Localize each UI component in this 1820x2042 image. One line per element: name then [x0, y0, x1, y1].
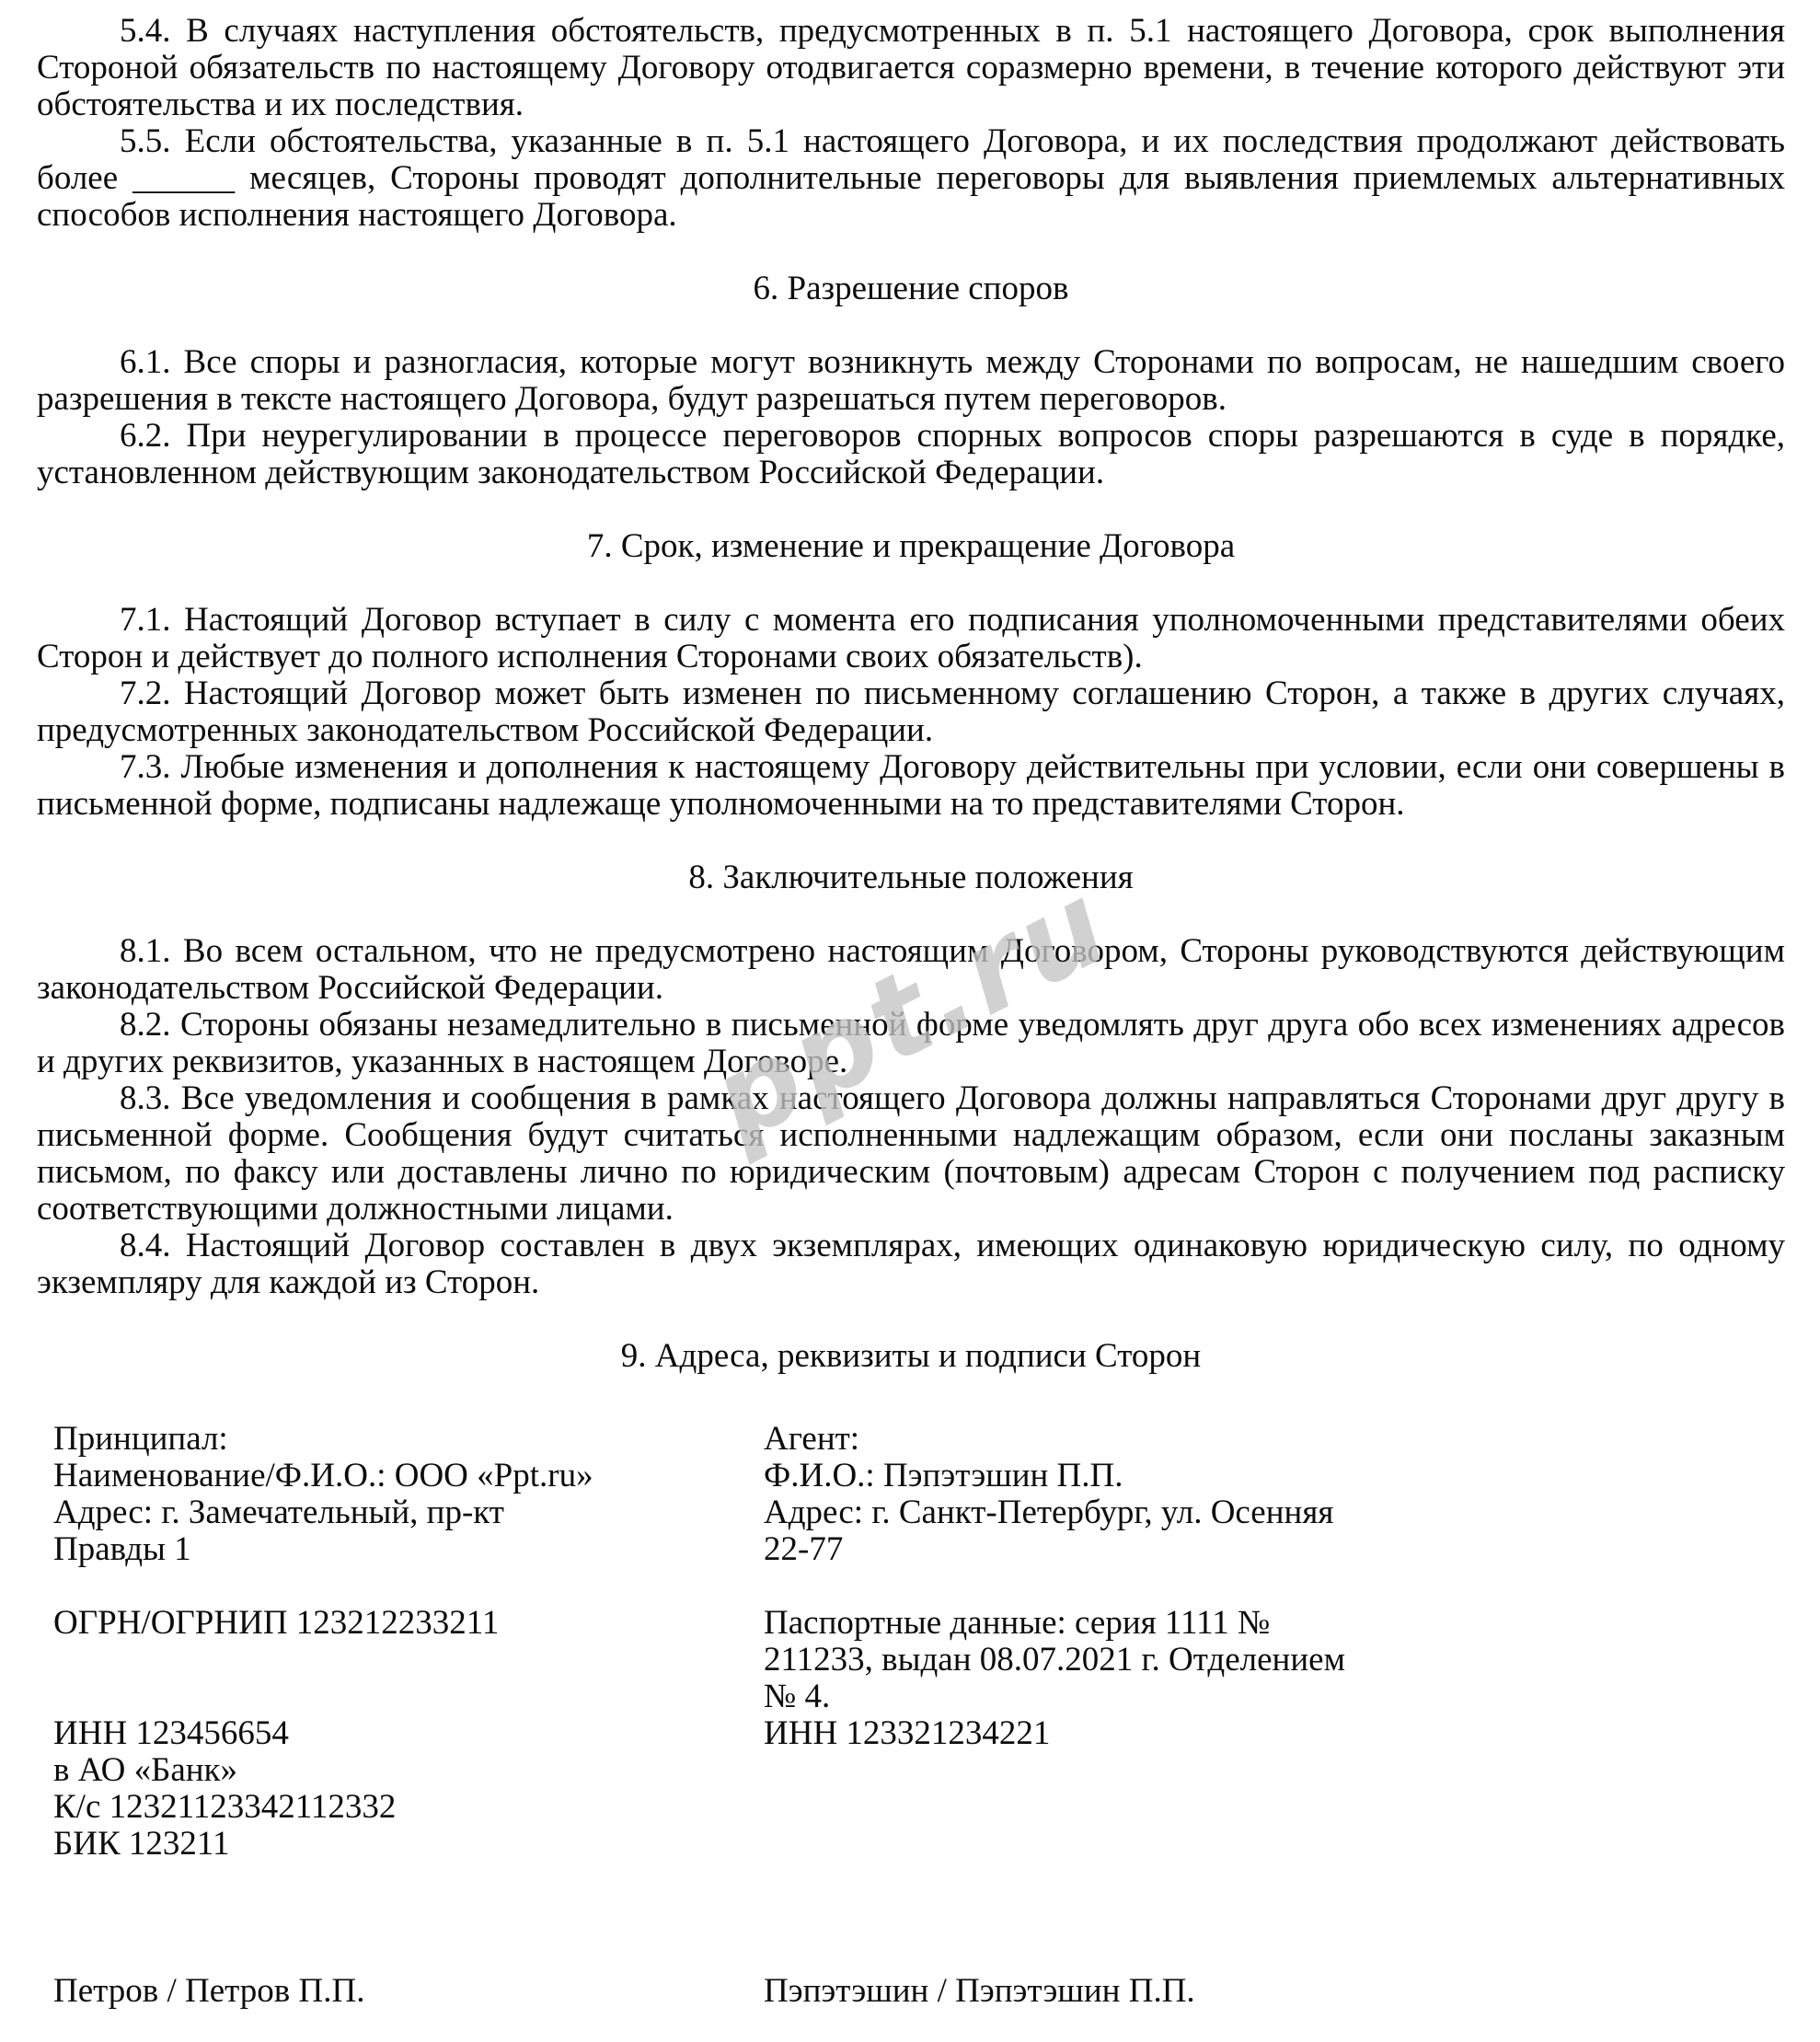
section-heading: 6. Разрешение споров: [37, 271, 1785, 307]
contract-paragraph: 8.2. Стороны обязаны незамедлительно в п…: [37, 1007, 1785, 1080]
text-line: № 4.: [764, 1679, 1785, 1715]
text-line: Наименование/Ф.И.О.: ООО «Ppt.ru»: [53, 1458, 727, 1494]
agent-inn-block: ИНН 123321234221: [727, 1715, 1785, 1752]
requisites-identity-row: Принципал:Наименование/Ф.И.О.: ООО «Ppt.…: [37, 1421, 1785, 1568]
text-line: в АО «Банк»: [53, 1752, 727, 1789]
text-line: ИНН 123321234221: [764, 1715, 1785, 1752]
text-line: К/с 12321123342112332: [53, 1789, 727, 1826]
text-line: Паспортные данные: серия 1111 №: [764, 1605, 1785, 1642]
requisites-registration-row: ОГРН/ОГРНИП 123212233211 Паспортные данн…: [37, 1605, 1785, 1715]
requisites-bank-row: ИНН 123456654в АО «Банк»К/с 123211233421…: [37, 1715, 1785, 1863]
contract-paragraph: 5.4. В случаях наступления обстоятельств…: [37, 13, 1785, 123]
text-line: Ф.И.О.: Пэпэтэшин П.П.: [764, 1458, 1785, 1494]
agent-signature: Пэпэтэшин / Пэпэтэшин П.П.: [727, 1973, 1785, 2010]
principal-signature: Петров / Петров П.П.: [37, 1973, 727, 2010]
contract-paragraph: 8.1. Во всем остальном, что не предусмот…: [37, 933, 1785, 1007]
text-line: Адрес: г. Замечательный, пр-кт: [53, 1494, 727, 1531]
text-line: 211233, выдан 08.07.2021 г. Отделением: [764, 1642, 1785, 1679]
text-line: Агент:: [764, 1421, 1785, 1458]
contract-paragraph: 6.2. При неурегулировании в процессе пер…: [37, 418, 1785, 491]
contract-paragraph: 5.5. Если обстоятельства, указанные в п.…: [37, 123, 1785, 234]
section-heading: 8. Заключительные положения: [37, 859, 1785, 896]
text-line: ОГРН/ОГРНИП 123212233211: [53, 1605, 727, 1642]
text-line: Правды 1: [53, 1531, 727, 1568]
text-line: БИК 123211: [53, 1826, 727, 1863]
contract-paragraph: 6.1. Все споры и разногласия, которые мо…: [37, 344, 1785, 418]
contract-paragraph: 7.1. Настоящий Договор вступает в силу с…: [37, 602, 1785, 675]
signatures-row: Петров / Петров П.П. Пэпэтэшин / Пэпэтэш…: [37, 1973, 1785, 2010]
contract-paragraph: 7.2. Настоящий Договор может быть измене…: [37, 675, 1785, 749]
contract-paragraph: 8.3. Все уведомления и сообщения в рамка…: [37, 1080, 1785, 1228]
agent-identity-block: Агент:Ф.И.О.: Пэпэтэшин П.П.Адрес: г. Са…: [727, 1421, 1785, 1568]
text-line: 22-77: [764, 1531, 1785, 1568]
requisites-section: Принципал:Наименование/Ф.И.О.: ООО «Ppt.…: [37, 1412, 1785, 2010]
contract-paragraph: 8.4. Настоящий Договор составлен в двух …: [37, 1228, 1785, 1301]
text-line: Принципал:: [53, 1421, 727, 1458]
principal-bank-block: ИНН 123456654в АО «Банк»К/с 123211233421…: [37, 1715, 727, 1863]
section-heading: 9. Адреса, реквизиты и подписи Сторон: [37, 1338, 1785, 1375]
contract-body: 5.4. В случаях наступления обстоятельств…: [37, 13, 1785, 1375]
section-heading: 7. Срок, изменение и прекращение Договор…: [37, 528, 1785, 565]
text-line: ИНН 123456654: [53, 1715, 727, 1752]
principal-ogrn-block: ОГРН/ОГРНИП 123212233211: [37, 1605, 727, 1642]
text-line: Адрес: г. Санкт-Петербург, ул. Осенняя: [764, 1494, 1785, 1531]
contract-document-page: ppt.ru 5.4. В случаях наступления обстоя…: [0, 0, 1820, 2042]
principal-identity-block: Принципал:Наименование/Ф.И.О.: ООО «Ppt.…: [37, 1421, 727, 1568]
agent-passport-block: Паспортные данные: серия 1111 №211233, в…: [727, 1605, 1785, 1715]
contract-paragraph: 7.3. Любые изменения и дополнения к наст…: [37, 749, 1785, 823]
